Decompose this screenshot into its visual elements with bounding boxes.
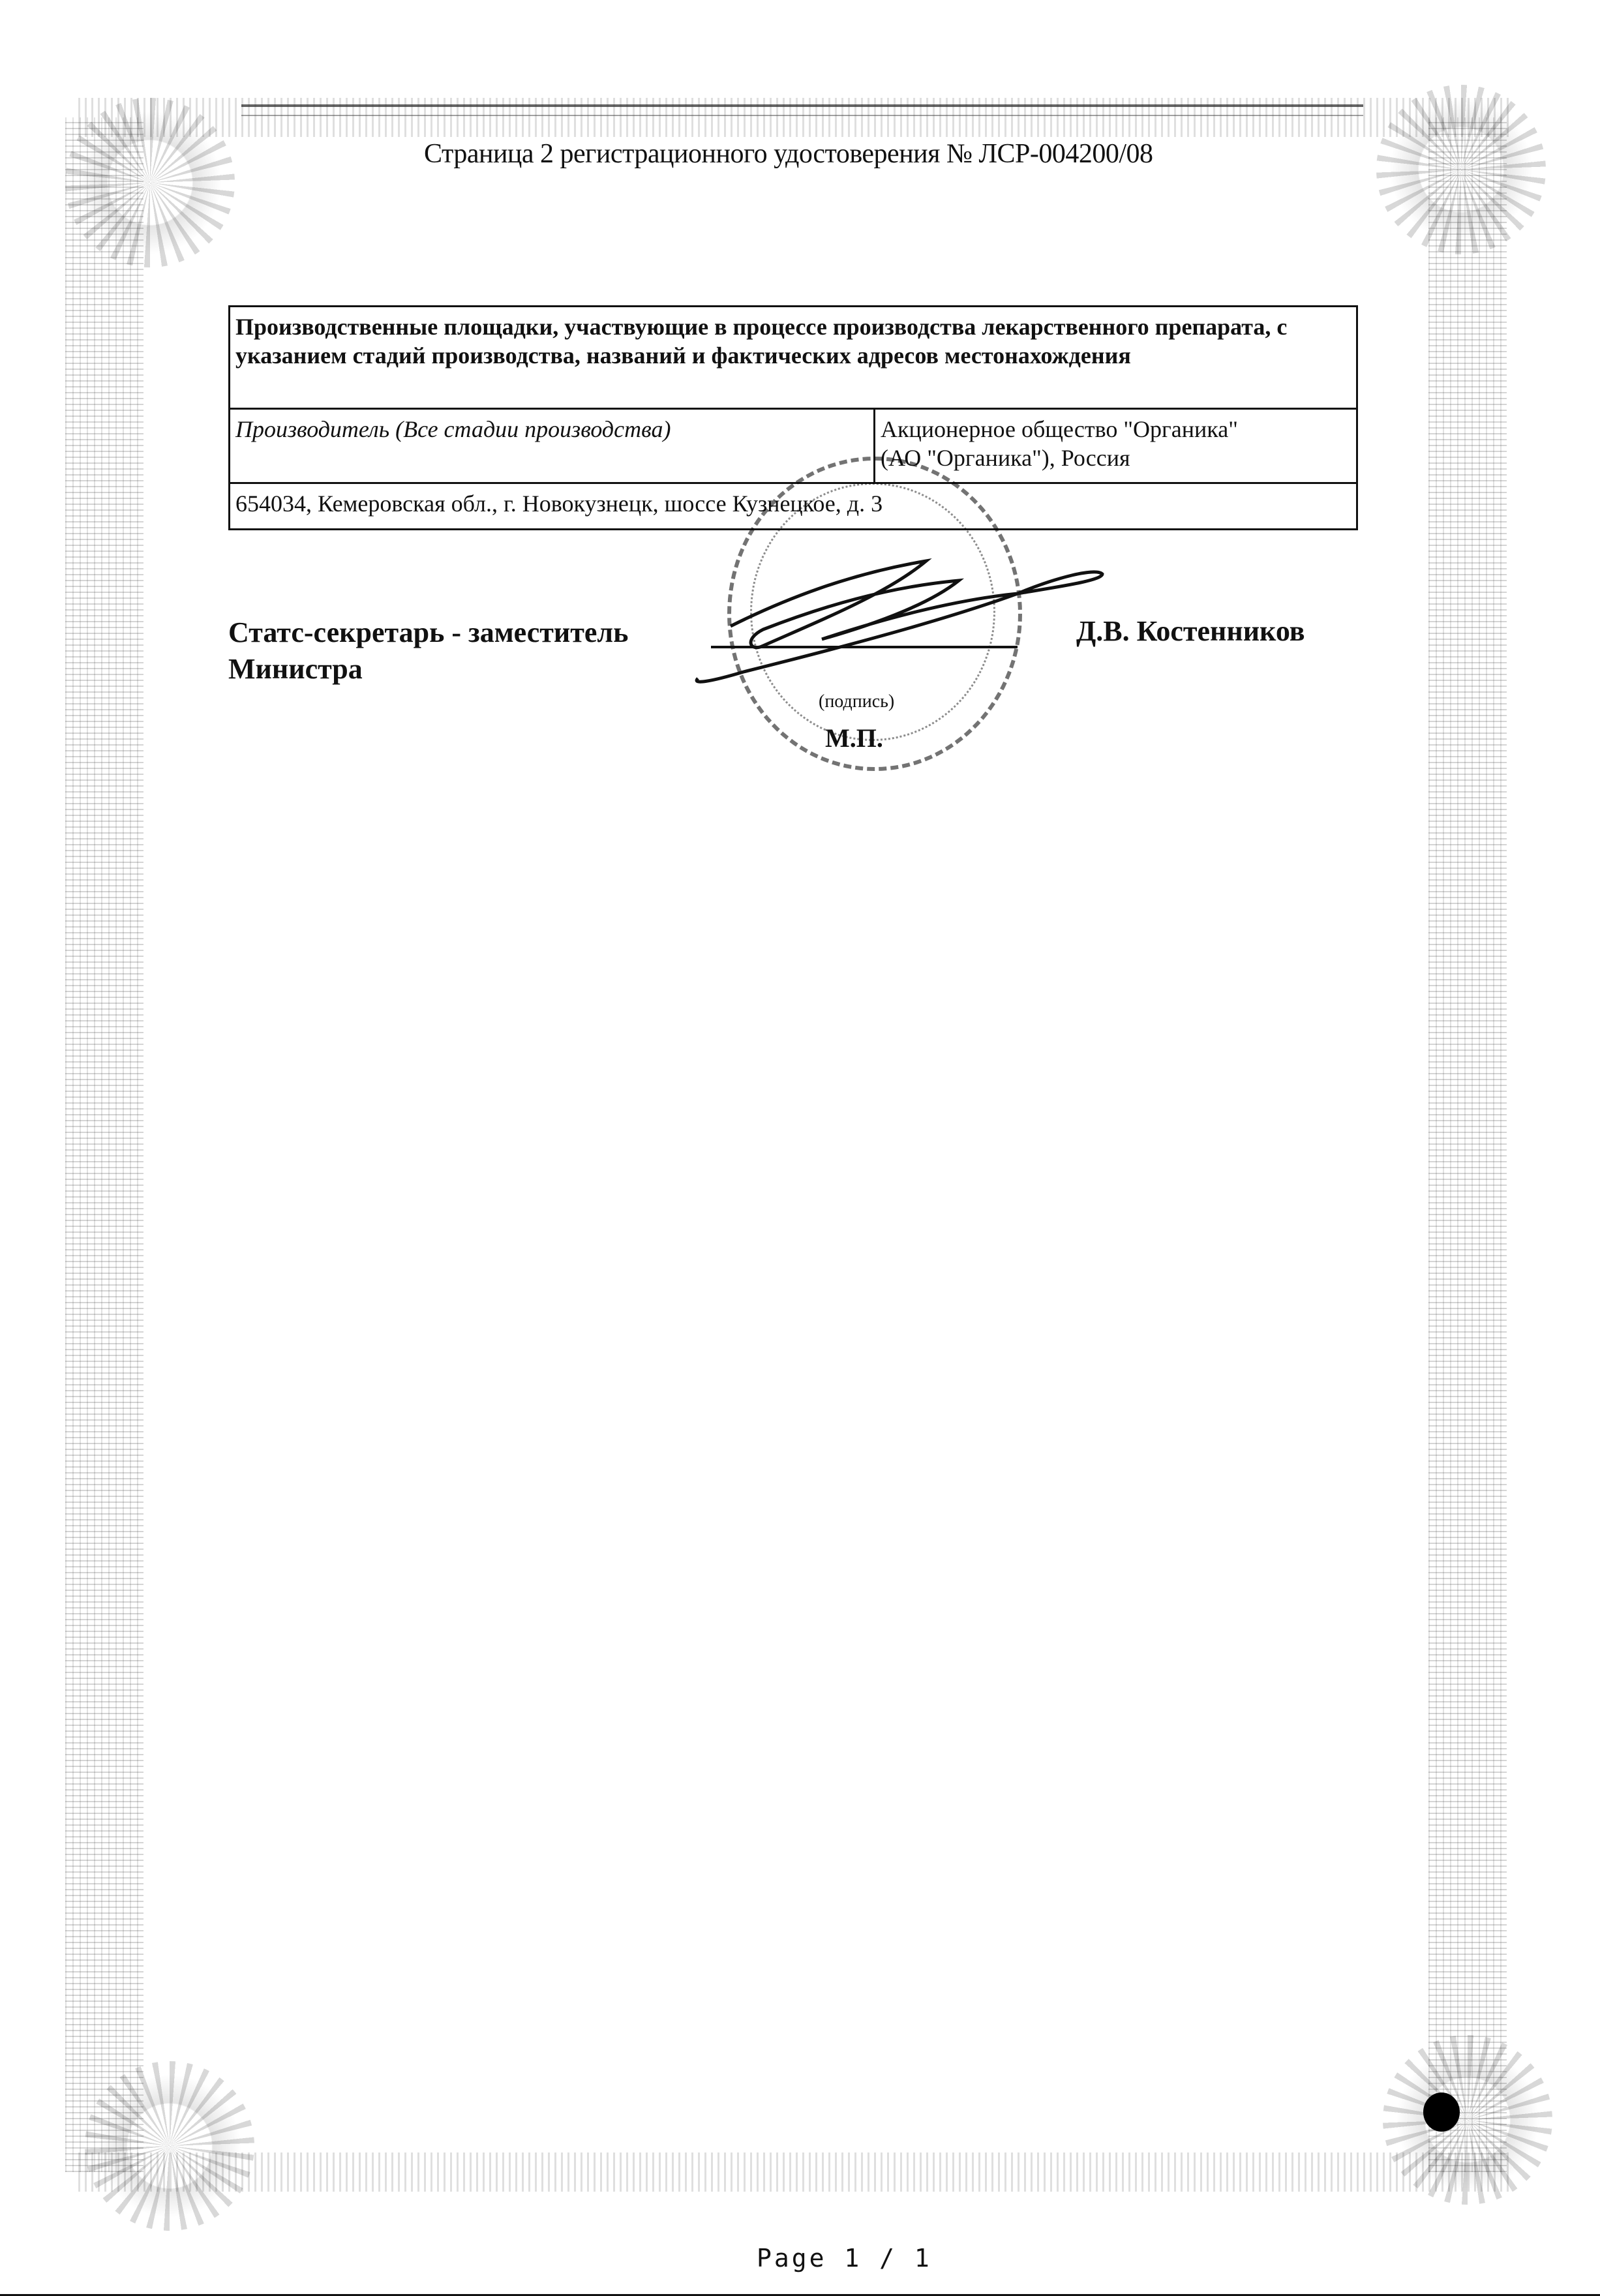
border-rule — [241, 115, 1363, 116]
production-stage-cell: Производитель (Все стадии производства) — [230, 409, 875, 483]
signature-line — [711, 646, 1018, 648]
decorative-border-bottom — [78, 2152, 1513, 2192]
decorative-border-top — [78, 98, 1513, 137]
signatory-title-line1: Статс-секретарь - заместитель — [228, 614, 628, 651]
page-title: Страница 2 регистрационного удостоверени… — [424, 138, 1207, 170]
company-short-name: (АО "Органика"), Россия — [881, 444, 1351, 472]
decorative-border-right — [1428, 117, 1507, 2172]
border-rule — [241, 104, 1363, 107]
corner-rosette-icon — [65, 98, 235, 267]
company-name: Акционерное общество "Органика" — [881, 415, 1351, 444]
signatory-title: Статс-секретарь - заместитель Министра — [228, 614, 628, 687]
stamp-place-mark: М.П. — [825, 723, 883, 753]
handwritten-signature-icon — [652, 522, 1109, 717]
signatory-name: Д.В. Костенников — [1076, 614, 1305, 648]
table-header-row: Производственные площадки, участвующие в… — [230, 307, 1357, 409]
corner-rosette-icon — [85, 2061, 254, 2231]
decorative-border-left — [65, 117, 143, 2172]
corner-rosette-icon — [1376, 85, 1546, 254]
table-row: Производитель (Все стадии производства) … — [230, 409, 1357, 483]
company-cell: Акционерное общество "Органика" (АО "Орг… — [875, 409, 1357, 483]
punch-hole-icon — [1423, 2092, 1460, 2132]
signatory-title-line2: Министра — [228, 651, 628, 687]
signature-caption: (подпись) — [819, 691, 894, 712]
corner-rosette-icon — [1383, 2035, 1552, 2205]
table-header: Производственные площадки, участвующие в… — [230, 307, 1357, 409]
page-number: Page 1 / 1 — [757, 2244, 932, 2273]
